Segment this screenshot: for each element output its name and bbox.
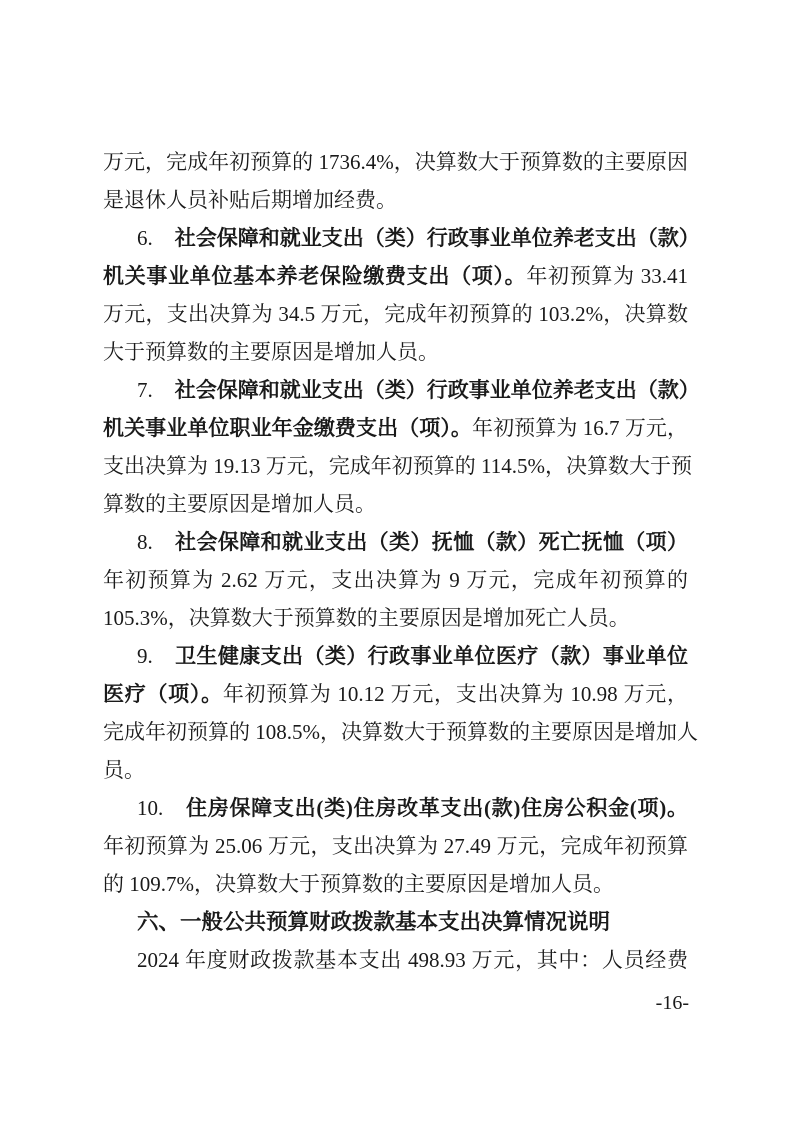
text-line: 六、一般公共预算财政拨款基本支出决算情况说明 (103, 903, 688, 941)
text-line: 的 109.7%，决算数大于预算数的主要原因是增加人员。 (103, 865, 688, 903)
text-line: 2024 年度财政拨款基本支出 498.93 万元，其中：人员经费 (103, 941, 688, 979)
text-segment: 年初预算为 16.7 万元， (472, 416, 688, 440)
text-segment: 员。 (103, 758, 145, 782)
item-number: 10. (137, 796, 163, 820)
text-line: 8.社会保障和就业支出（类）抚恤（款）死亡抚恤（项） (103, 523, 688, 561)
text-line: 医疗（项）。年初预算为 10.12 万元，支出决算为 10.98 万元， (103, 675, 688, 713)
text-segment: 完成年初预算的 108.5%，决算数大于预算数的主要原因是增加人 (103, 720, 698, 744)
text-segment: 机关事业单位职业年金缴费支出（项）。 (103, 416, 472, 440)
text-segment: 年初预算为 33.41 (526, 264, 688, 288)
text-line: 机关事业单位职业年金缴费支出（项）。年初预算为 16.7 万元， (103, 409, 688, 447)
text-segment: 2024 年度财政拨款基本支出 498.93 万元，其中：人员经费 (137, 948, 688, 972)
text-line: 万元，支出决算为 34.5 万元，完成年初预算的 103.2%，决算数 (103, 295, 688, 333)
text-line: 机关事业单位基本养老保险缴费支出（项）。年初预算为 33.41 (103, 257, 688, 295)
item-number: 9. (137, 644, 153, 668)
text-line: 完成年初预算的 108.5%，决算数大于预算数的主要原因是增加人 (103, 713, 688, 751)
text-segment: 105.3%，决算数大于预算数的主要原因是增加死亡人员。 (103, 606, 630, 630)
page-number: -16- (656, 991, 689, 1015)
text-line: 年初预算为 2.62 万元，支出决算为 9 万元，完成年初预算的 (103, 561, 688, 599)
text-segment: 卫生健康支出（类）行政事业单位医疗（款）事业单位 (175, 644, 688, 668)
text-line: 员。 (103, 751, 688, 789)
text-line: 9.卫生健康支出（类）行政事业单位医疗（款）事业单位 (103, 637, 688, 675)
item-number: 7. (137, 378, 153, 402)
text-line: 万元，完成年初预算的 1736.4%，决算数大于预算数的主要原因 (103, 143, 688, 181)
section-heading: 六、一般公共预算财政拨款基本支出决算情况说明 (137, 910, 610, 934)
text-line: 10.住房保障支出(类)住房改革支出(款)住房公积金(项)。 (103, 789, 688, 827)
text-line: 7.社会保障和就业支出（类）行政事业单位养老支出（款） (103, 371, 688, 409)
text-segment: 万元，完成年初预算的 1736.4%，决算数大于预算数的主要原因 (103, 150, 688, 174)
text-line: 支出决算为 19.13 万元，完成年初预算的 114.5%，决算数大于预 (103, 447, 688, 485)
page-body-text: 万元，完成年初预算的 1736.4%，决算数大于预算数的主要原因是退休人员补贴后… (103, 143, 688, 979)
text-segment: 年初预算为 10.12 万元，支出决算为 10.98 万元， (223, 682, 688, 706)
document-page: 万元，完成年初预算的 1736.4%，决算数大于预算数的主要原因是退休人员补贴后… (0, 0, 793, 1122)
text-line: 是退休人员补贴后期增加经费。 (103, 181, 688, 219)
text-segment: 社会保障和就业支出（类）行政事业单位养老支出（款） (175, 378, 700, 402)
text-segment: 机关事业单位基本养老保险缴费支出（项）。 (103, 264, 526, 288)
text-line: 年初预算为 25.06 万元，支出决算为 27.49 万元，完成年初预算 (103, 827, 688, 865)
text-line: 6.社会保障和就业支出（类）行政事业单位养老支出（款） (103, 219, 688, 257)
text-segment: 住房保障支出(类)住房改革支出(款)住房公积金(项)。 (185, 796, 688, 820)
text-line: 算数的主要原因是增加人员。 (103, 485, 688, 523)
text-segment: 社会保障和就业支出（类）抚恤（款）死亡抚恤（项） (175, 530, 688, 554)
text-segment: 支出决算为 19.13 万元，完成年初预算的 114.5%，决算数大于预 (103, 454, 692, 478)
text-segment: 是退休人员补贴后期增加经费。 (103, 188, 397, 212)
text-segment: 万元，支出决算为 34.5 万元，完成年初预算的 103.2%，决算数 (103, 302, 688, 326)
text-segment: 算数的主要原因是增加人员。 (103, 492, 376, 516)
text-segment: 年初预算为 2.62 万元，支出决算为 9 万元，完成年初预算的 (103, 568, 688, 592)
item-number: 8. (137, 530, 153, 554)
text-segment: 医疗（项）。 (103, 682, 223, 706)
text-segment: 年初预算为 25.06 万元，支出决算为 27.49 万元，完成年初预算 (103, 834, 688, 858)
item-number: 6. (137, 226, 153, 250)
text-segment: 的 109.7%，决算数大于预算数的主要原因是增加人员。 (103, 872, 614, 896)
text-segment: 社会保障和就业支出（类）行政事业单位养老支出（款） (175, 226, 700, 250)
text-line: 大于预算数的主要原因是增加人员。 (103, 333, 688, 371)
text-segment: 大于预算数的主要原因是增加人员。 (103, 340, 439, 364)
text-line: 105.3%，决算数大于预算数的主要原因是增加死亡人员。 (103, 599, 688, 637)
